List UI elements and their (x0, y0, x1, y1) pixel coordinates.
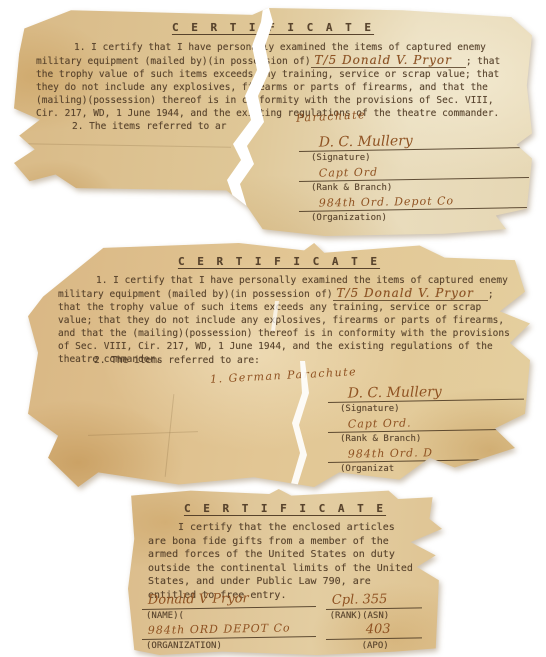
certificate-paragraph-1: 1. I certify that I have personally exam… (36, 41, 518, 120)
handwritten-signature: D. C. Mullery (328, 384, 524, 403)
rank-asn-field: Cpl. 355 (RANK)(ASN) (326, 593, 422, 623)
organization-apo-row: 984th ORD DEPOT Co (ORGANIZATION) 403 (A… (142, 623, 422, 653)
paper-crease (24, 143, 231, 148)
handwritten-soldier-name: T/5 Donald V. Pryor (333, 286, 488, 301)
name-field: Donald V Pryor (NAME)( (142, 593, 316, 623)
certificate-bottom: C E R T I F I C A T E I certify that the… (128, 489, 442, 655)
apo-label: (APO) (326, 641, 422, 651)
signature-block: D. C. Mullery (Signature) Capt Ord (Rank… (299, 136, 529, 226)
paper-crease (164, 394, 174, 477)
handwritten-organization: 984th Ord. Depot Co (299, 192, 529, 212)
certificate-middle-paper: C E R T I F I C A T E 1. I certify that … (28, 243, 530, 487)
signature-label: (Signature) (328, 404, 524, 414)
handwritten-organization: 984th Ord. D (328, 444, 524, 463)
name-rank-row: Donald V Pryor (NAME)( Cpl. 355 (RANK)(A… (142, 593, 422, 623)
certificate-fields: Donald V Pryor (NAME)( Cpl. 355 (RANK)(A… (142, 593, 422, 653)
certificate-bottom-paper: C E R T I F I C A T E I certify that the… (128, 489, 442, 655)
photo-of-certificates: C E R T I F I C A T E 1. I certify that … (0, 0, 546, 657)
handwritten-rank: Capt Ord. (328, 414, 524, 433)
handwritten-items: 1. German Parachute (210, 365, 358, 386)
handwritten-rank-asn: Cpl. 355 (325, 591, 422, 610)
organization-label: (Organizat (328, 464, 524, 474)
paper-crease (88, 431, 198, 436)
rank-branch-label: (Rank & Branch) (299, 183, 529, 193)
certificate-middle: C E R T I F I C A T E 1. I certify that … (28, 243, 530, 487)
certificate-title: C E R T I F I C A T E (28, 255, 530, 268)
handwritten-organization: 984th ORD DEPOT Co (142, 620, 316, 640)
certificate-top: C E R T I F I C A T E 1. I certify that … (14, 8, 532, 236)
certificate-title: C E R T I F I C A T E (14, 21, 532, 34)
handwritten-soldier-name: T/5 Donald V. Pryor (311, 53, 466, 68)
rank-asn-label: (RANK)(ASN) (326, 611, 422, 621)
rank-branch-label: (Rank & Branch) (328, 434, 524, 444)
signature-label: (Signature) (299, 153, 529, 163)
signature-block: D. C. Mullery (Signature) Capt Ord. (Ran… (328, 387, 524, 477)
organization-label: (ORGANIZATION) (142, 641, 316, 651)
paragraph-1-rest: ; that the trophy value of such items ex… (58, 289, 510, 365)
handwritten-apo: 403 (325, 621, 422, 640)
handwritten-items: Parachute (296, 108, 367, 125)
organization-label: (Organization) (299, 213, 529, 223)
certificate-paragraph-2: 2. The items referred to are: (94, 355, 260, 366)
handwritten-name: Donald V Pryor (142, 590, 316, 610)
apo-field: 403 (APO) (326, 623, 422, 653)
certificate-paragraph-2: 2. The items referred to ar (72, 121, 226, 132)
certificate-paragraph-1: 1. I certify that I have personally exam… (58, 274, 514, 366)
handwritten-rank: Capt Ord (299, 162, 529, 182)
handwritten-signature: D. C. Mullery (299, 132, 529, 152)
certificate-top-paper: C E R T I F I C A T E 1. I certify that … (14, 8, 532, 236)
organization-field: 984th ORD DEPOT Co (ORGANIZATION) (142, 623, 316, 653)
certificate-title: C E R T I F I C A T E (128, 502, 442, 515)
